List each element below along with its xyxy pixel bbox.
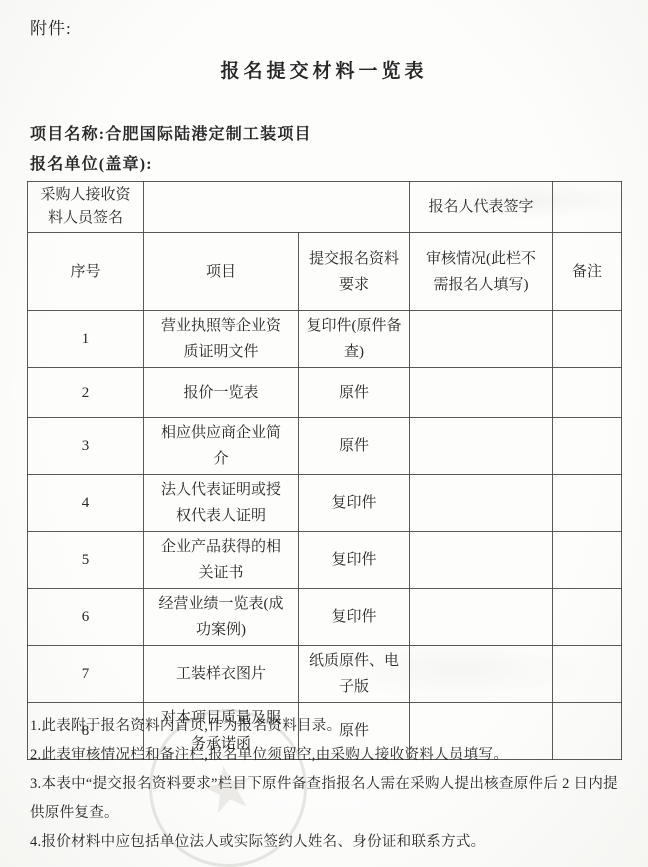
requirement-cell: 原件 [299, 368, 410, 418]
note-item: 2.此表审核情况栏和备注栏,报名单位须留空,由采购人接收资料人员填写。 [30, 741, 626, 770]
table-row: 1 营业执照等企业资质证明文件 复印件(原件备查) [28, 311, 622, 368]
page-title: 报名提交材料一览表 [0, 56, 648, 83]
remark-cell [553, 532, 622, 589]
table-row: 5 企业产品获得的相关证书 复印件 [28, 532, 622, 589]
signup-unit-line: 报名单位(盖章): [30, 151, 153, 174]
item-cell: 相应供应商企业简介 [144, 418, 299, 475]
item-cell: 法人代表证明或授权代表人证明 [144, 475, 299, 532]
representative-signature-label-cell: 报名人代表签字 [410, 182, 553, 233]
remark-cell [553, 589, 622, 646]
item-cell: 经营业绩一览表(成功案例) [144, 589, 299, 646]
review-cell [410, 368, 553, 418]
note-item: 3.本表中“提交报名资料要求”栏目下原件备查指报名人需在采购人提出核查原件后 2… [30, 770, 626, 828]
requirement-cell: 复印件(原件备查) [299, 311, 410, 368]
review-cell [410, 311, 553, 368]
receiver-signature-label-cell: 采购人接收资料人员签名 [28, 182, 144, 233]
remark-cell [553, 646, 622, 703]
project-name-line: 项目名称:合肥国际陆港定制工装项目 [30, 121, 312, 144]
table-row: 2 报价一览表 原件 [28, 368, 622, 418]
table-row: 7 工装样衣图片 纸质原件、电子版 [28, 646, 622, 703]
seq-cell: 3 [28, 418, 144, 475]
col-header-remark: 备注 [553, 233, 622, 311]
requirement-cell: 复印件 [299, 475, 410, 532]
note-item: 4.报价材料中应包括单位法人或实际签约人姓名、身份证和联系方式。 [30, 828, 626, 857]
signature-row: 采购人接收资料人员签名 报名人代表签字 [28, 182, 622, 233]
materials-table: 采购人接收资料人员签名 报名人代表签字 序号 项目 提交报名资料要求 审核情况(… [27, 181, 622, 760]
seq-cell: 1 [28, 311, 144, 368]
remark-cell [553, 368, 622, 418]
requirement-cell: 复印件 [299, 532, 410, 589]
col-header-review: 审核情况(此栏不需报名人填写) [410, 233, 553, 311]
review-cell [410, 646, 553, 703]
signature-space-cell [144, 182, 410, 233]
signature-blank-cell [553, 182, 622, 233]
seq-cell: 6 [28, 589, 144, 646]
seq-cell: 4 [28, 475, 144, 532]
item-cell: 工装样衣图片 [144, 646, 299, 703]
col-header-requirement: 提交报名资料要求 [299, 233, 410, 311]
remark-cell [553, 475, 622, 532]
table-row: 6 经营业绩一览表(成功案例) 复印件 [28, 589, 622, 646]
review-cell [410, 589, 553, 646]
requirement-cell: 纸质原件、电子版 [299, 646, 410, 703]
seq-cell: 5 [28, 532, 144, 589]
remark-cell [553, 311, 622, 368]
item-cell: 企业产品获得的相关证书 [144, 532, 299, 589]
requirement-cell: 复印件 [299, 589, 410, 646]
footnotes: 1.此表附于报名资料内首页,作为报名资料目录。 2.此表审核情况栏和备注栏,报名… [30, 712, 626, 857]
seq-cell: 2 [28, 368, 144, 418]
table-row: 4 法人代表证明或授权代表人证明 复印件 [28, 475, 622, 532]
remark-cell [553, 418, 622, 475]
review-cell [410, 532, 553, 589]
col-header-seq: 序号 [28, 233, 144, 311]
col-header-item: 项目 [144, 233, 299, 311]
column-header-row: 序号 项目 提交报名资料要求 审核情况(此栏不需报名人填写) 备注 [28, 233, 622, 311]
item-cell: 营业执照等企业资质证明文件 [144, 311, 299, 368]
requirement-cell: 原件 [299, 418, 410, 475]
attachment-label: 附件: [30, 14, 72, 39]
table-row: 3 相应供应商企业简介 原件 [28, 418, 622, 475]
review-cell [410, 475, 553, 532]
item-cell: 报价一览表 [144, 368, 299, 418]
seq-cell: 7 [28, 646, 144, 703]
note-item: 1.此表附于报名资料内首页,作为报名资料目录。 [30, 712, 626, 741]
review-cell [410, 418, 553, 475]
